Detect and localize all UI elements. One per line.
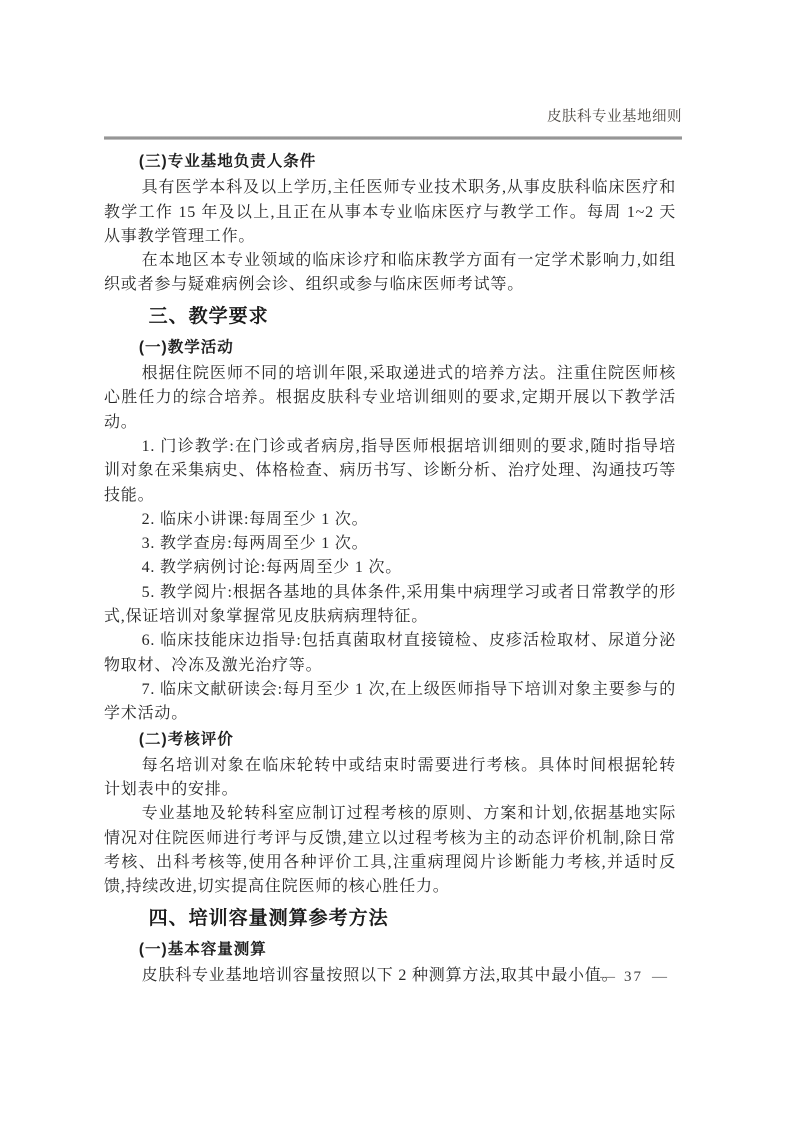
list-item-case-discussion: 4. 教学病例讨论:每两周至少 1 次。 bbox=[104, 556, 676, 580]
document-body: (三)专业基地负责人条件 具有医学本科及以上学历,主任医师专业技术职务,从事皮肤… bbox=[104, 149, 676, 988]
sub-heading-teaching-activities: (一)教学活动 bbox=[104, 336, 676, 360]
footer-dash-right: — bbox=[652, 969, 667, 985]
running-header: 皮肤科专业基地细则 bbox=[104, 105, 682, 126]
footer-dash-left: — bbox=[600, 969, 615, 985]
page-footer: —37— bbox=[104, 969, 682, 986]
list-item-outpatient-teaching: 1. 门诊教学:在门诊或者病房,指导医师根据培训细则的要求,随时指导培训对象在采… bbox=[104, 435, 676, 508]
page-number: 37 bbox=[624, 969, 643, 985]
running-header-title: 皮肤科专业基地细则 bbox=[547, 109, 682, 125]
header-rule bbox=[104, 136, 682, 140]
list-item-bedside-skills: 6. 临床技能床边指导:包括真菌取材直接镜检、皮疹活检取材、尿道分泌物取材、冷冻… bbox=[104, 629, 676, 678]
list-item-clinical-lecture: 2. 临床小讲课:每周至少 1 次。 bbox=[104, 508, 676, 532]
section-heading-teaching-requirements: 三、教学要求 bbox=[104, 302, 676, 331]
paragraph: 根据住院医师不同的培训年限,采取递进式的培养方法。注重住院医师核心胜任力的综合培… bbox=[104, 362, 676, 435]
list-item-teaching-rounds: 3. 教学查房:每两周至少 1 次。 bbox=[104, 532, 676, 556]
list-item-slide-reading: 5. 教学阅片:根据各基地的具体条件,采用集中病理学习或者日常教学的形式,保证培… bbox=[104, 581, 676, 630]
sub-heading-basic-capacity: (一)基本容量测算 bbox=[104, 938, 676, 962]
document-page: 皮肤科专业基地细则 (三)专业基地负责人条件 具有医学本科及以上学历,主任医师专… bbox=[0, 0, 800, 1131]
paragraph: 具有医学本科及以上学历,主任医师专业技术职务,从事皮肤科临床医疗和教学工作 15… bbox=[104, 176, 676, 249]
sub-heading-assessment-evaluation: (二)考核评价 bbox=[104, 728, 676, 752]
list-item-literature-seminar: 7. 临床文献研读会:每月至少 1 次,在上级医师指导下培训对象主要参与的学术活… bbox=[104, 678, 676, 727]
paragraph: 专业基地及轮转科室应制订过程考核的原则、方案和计划,依据基地实际情况对住院医师进… bbox=[104, 802, 676, 899]
section-heading-capacity-calculation: 四、培训容量测算参考方法 bbox=[104, 904, 676, 933]
sub-heading-base-director-conditions: (三)专业基地负责人条件 bbox=[104, 150, 676, 174]
paragraph: 每名培训对象在临床轮转中或结束时需要进行考核。具体时间根据轮转计划表中的安排。 bbox=[104, 754, 676, 803]
paragraph: 在本地区本专业领域的临床诊疗和临床教学方面有一定学术影响力,如组织或者参与疑难病… bbox=[104, 249, 676, 298]
